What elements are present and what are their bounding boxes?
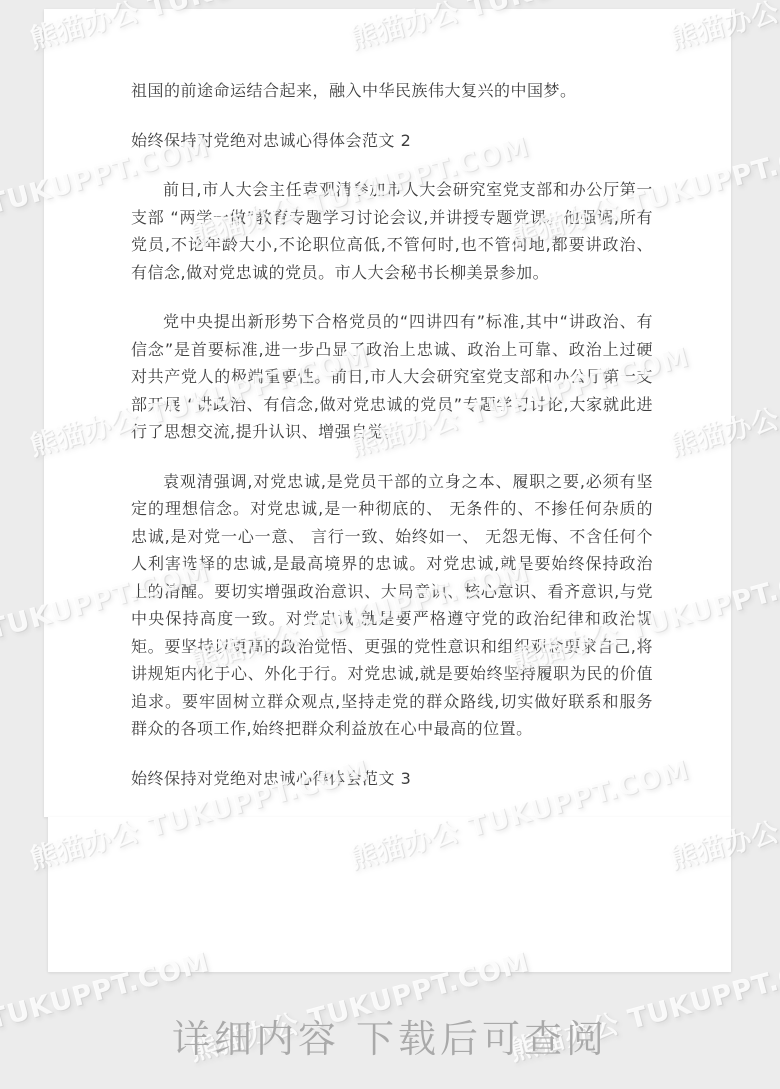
section-heading: 始终保持对党绝对忠诚心得体会范文 2 [131, 127, 653, 155]
paragraph: 党中央提出新形势下合格党员的“四讲四有”标准,其中“讲政治、有信念”是首要标准,… [131, 308, 653, 446]
document-page-2 [48, 817, 731, 972]
document-page-1: 祖国的前途命运结合起来，融入中华民族伟大复兴的中国梦。始终保持对党绝对忠诚心得体… [44, 9, 731, 817]
section-heading: 始终保持对党绝对忠诚心得体会范文 3 [131, 765, 653, 793]
paragraph-continuation: 祖国的前途命运结合起来，融入中华民族伟大复兴的中国梦。 [131, 77, 653, 105]
paragraph: 袁观清强调,对党忠诚,是党员干部的立身之本、履职之要,必须有坚定的理想信念。对党… [131, 468, 653, 743]
footer-band: 详细内容 下载后可查阅 [0, 972, 780, 1089]
paragraph: 前日,市人大会主任袁观清参加市人大会研究室党支部和办公厅第一支部 “两学一做”教… [131, 176, 653, 286]
download-notice: 详细内容 下载后可查阅 [0, 1008, 780, 1063]
document-content: 祖国的前途命运结合起来，融入中华民族伟大复兴的中国梦。始终保持对党绝对忠诚心得体… [131, 77, 653, 814]
